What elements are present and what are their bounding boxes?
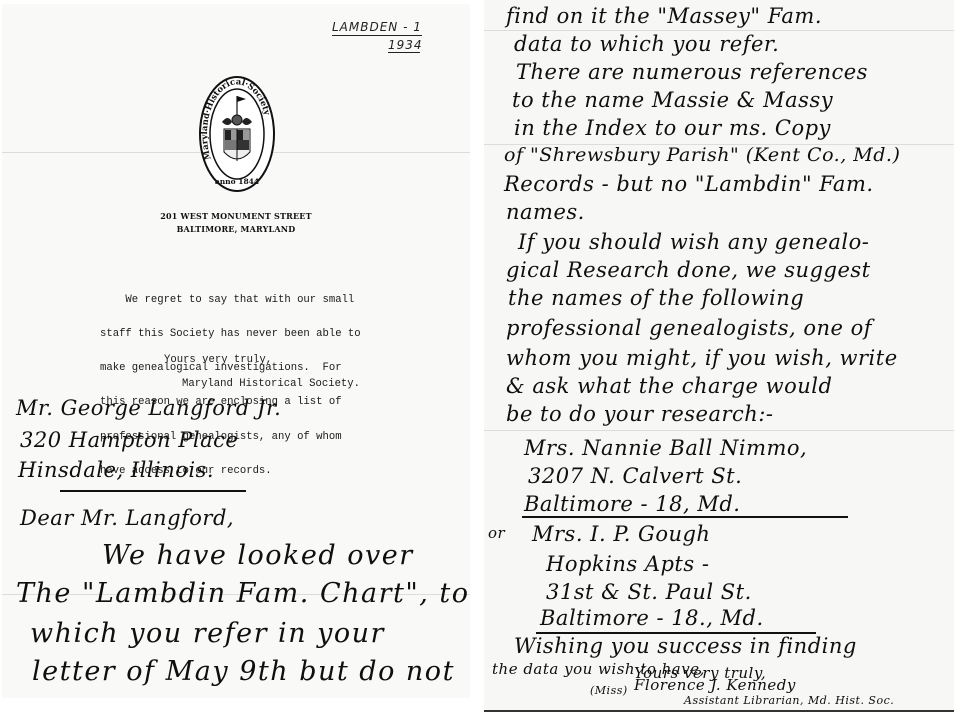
signature: Florence J. Kennedy xyxy=(634,676,796,694)
or-label: or xyxy=(488,524,505,542)
letterhead-address: 201 WEST MONUMENT STREET BALTIMORE, MARY… xyxy=(2,210,470,236)
separator-rule xyxy=(522,516,848,518)
body-line: find on it the "Massey" Fam. xyxy=(506,4,822,28)
fold-line xyxy=(484,430,954,431)
archive-label-line2: 1934 xyxy=(388,38,420,53)
signatory-title: Assistant Librarian, Md. Hist. Soc. xyxy=(684,694,894,707)
body-line: in the Index to our ms. Copy xyxy=(514,116,831,140)
svg-text:anno 1844: anno 1844 xyxy=(215,177,259,186)
body-line: the names of the following xyxy=(508,286,804,310)
address-line-1: 201 WEST MONUMENT STREET xyxy=(2,210,470,223)
body-line: gical Research done, we suggest xyxy=(506,258,871,282)
body-line: whom you might, if you wish, write xyxy=(506,346,898,370)
address-line-2: BALTIMORE, MARYLAND xyxy=(2,223,470,236)
letter-page-left: LAMBDEN - 1 1934 Maryland·Historical·Soc… xyxy=(2,4,470,698)
letter-page-right: find on it the "Massey" Fam. data to whi… xyxy=(484,0,954,712)
archive-label-line1: LAMBDEN - 1 xyxy=(332,20,422,36)
body-line: We have looked over xyxy=(102,540,414,571)
typed-line: We regret to say that with our small xyxy=(100,295,400,306)
body-line: which you refer in your xyxy=(30,618,385,649)
underline xyxy=(60,490,246,492)
body-line: Records - but no "Lambdin" Fam. xyxy=(504,172,874,196)
body-line: There are numerous references xyxy=(516,60,868,84)
body-line: professional genealogists, one of xyxy=(506,316,872,340)
fold-line xyxy=(484,30,954,31)
genealogist-1-name: Mrs. Nannie Ball Nimmo, xyxy=(524,436,807,460)
genealogist-2-street: 31st & St. Paul St. xyxy=(546,580,752,604)
body-line: of "Shrewsbury Parish" (Kent Co., Md.) xyxy=(504,144,900,166)
recipient-street: 320 Hampton Place xyxy=(20,428,238,452)
typed-signature: Maryland Historical Society. xyxy=(182,378,360,390)
genealogist-2-name: Mrs. I. P. Gough xyxy=(532,522,710,546)
body-line: to the name Massie & Massy xyxy=(512,88,833,112)
archive-label: LAMBDEN - 1 1934 xyxy=(332,20,422,53)
salutation: Dear Mr. Langford, xyxy=(20,506,234,530)
typed-line: staff this Society has never been able t… xyxy=(100,329,400,340)
body-line: be to do your research:- xyxy=(506,402,774,426)
body-line: The "Lambdin Fam. Chart", to xyxy=(16,578,470,609)
body-line: letter of May 9th but do not xyxy=(32,656,455,687)
genealogist-1-street: 3207 N. Calvert St. xyxy=(528,464,742,488)
body-line: names. xyxy=(506,200,585,224)
genealogist-2-city: Baltimore - 18., Md. xyxy=(540,606,764,630)
society-seal-icon: Maryland·Historical·Society anno 1844 xyxy=(198,74,276,194)
recipient-name: Mr. George Langford Jr. xyxy=(16,396,281,420)
body-line: & ask what the charge would xyxy=(506,374,832,398)
typed-closing: Yours very truly, xyxy=(164,354,272,366)
genealogist-1-city: Baltimore - 18, Md. xyxy=(524,492,741,516)
recipient-city: Hinsdale, Illinois. xyxy=(18,458,214,482)
body-line: data to which you refer. xyxy=(514,32,779,56)
genealogist-2-building: Hopkins Apts - xyxy=(546,552,709,576)
signature-prefix: (Miss) xyxy=(590,684,628,697)
body-line: If you should wish any genealo- xyxy=(518,230,869,254)
closing-line: Wishing you success in finding xyxy=(514,634,857,658)
